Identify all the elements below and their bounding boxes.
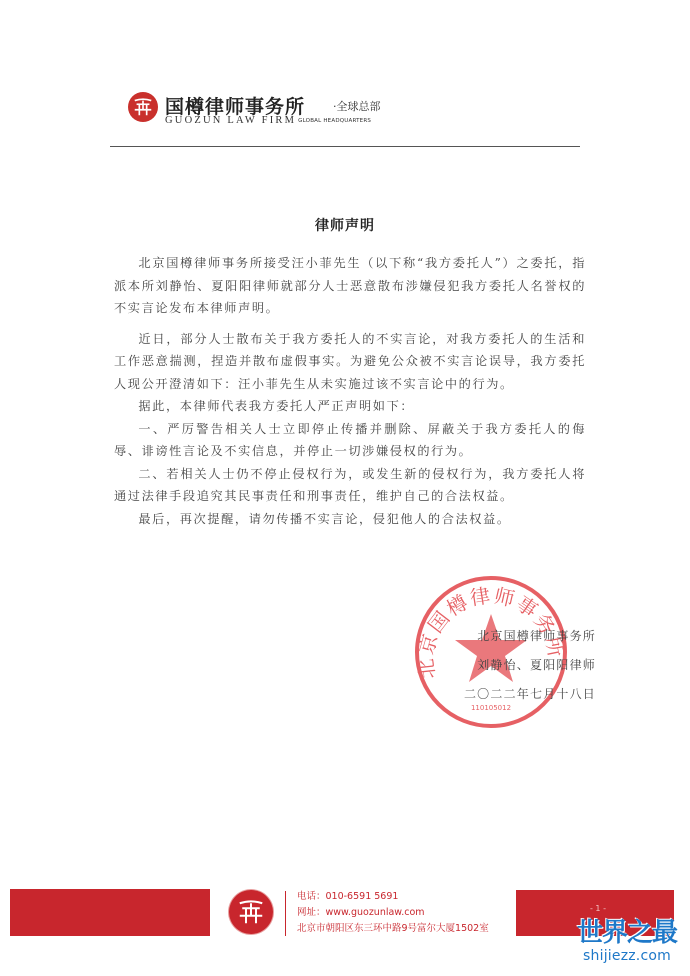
statement-body: 北京国樽律师事务所接受汪小菲先生（以下称“我方委托人”）之委托，指派本所刘静怡、…	[114, 252, 586, 530]
faint-background-text	[215, 592, 415, 614]
header-divider	[110, 146, 580, 147]
page-number: - 1 -	[590, 904, 606, 913]
paragraph-clarification: 近日，部分人士散布关于我方委托人的不实言论，对我方委托人的生活和工作恶意揣测，捏…	[114, 328, 586, 396]
footer-red-bar-left	[10, 889, 210, 936]
footer-website: 网址：www.guozunlaw.com	[297, 905, 489, 921]
footer-phone: 电话：010-6591 5691	[297, 889, 489, 905]
letterhead: 国樽律师事务所 ·全球总部 GUOZUN LAW FIRMGLOBAL HEAD…	[128, 90, 588, 130]
firm-name-en-text: GUOZUN LAW FIRM	[165, 115, 296, 126]
paragraph-intro: 北京国樽律师事务所接受汪小菲先生（以下称“我方委托人”）之委托，指派本所刘静怡、…	[114, 252, 586, 320]
footer-divider	[285, 891, 286, 936]
watermark-text-en: shijiezz.com	[567, 948, 687, 964]
guozun-logo-icon	[128, 92, 158, 122]
document-page: 国樽律师事务所 ·全球总部 GUOZUN LAW FIRMGLOBAL HEAD…	[0, 0, 690, 976]
footer-logo-icon	[229, 890, 273, 934]
paragraph-point-two: 二、若相关人士仍不停止侵权行为，或发生新的侵权行为，我方委托人将通过法律手段追究…	[114, 463, 586, 508]
paragraph-declaration-lead: 据此，本律师代表我方委托人严正声明如下：	[114, 395, 586, 418]
firm-hq-en: GLOBAL HEADQUARTERS	[298, 118, 371, 124]
firm-name-en: GUOZUN LAW FIRMGLOBAL HEADQUARTERS	[165, 115, 371, 126]
signature-date: 二〇二二年七月十八日	[464, 680, 596, 709]
signature-block: 北京国樽律师事务所 刘静怡、夏阳阳律师 二〇二二年七月十八日	[464, 622, 596, 709]
watermark-text-cn: 世界之最	[567, 918, 687, 948]
paragraph-point-one: 一、严厉警告相关人士立即停止传播并删除、屏蔽关于我方委托人的侮辱、诽谤性言论及不…	[114, 418, 586, 463]
document-title: 律师声明	[0, 215, 690, 235]
footer-address: 北京市朝阳区东三环中路9号富尔大厦1502室	[297, 921, 489, 937]
footer-contact: 电话：010-6591 5691 网址：www.guozunlaw.com 北京…	[297, 889, 489, 937]
paragraph-closing: 最后，再次提醒，请勿传播不实言论，侵犯他人的合法权益。	[114, 508, 586, 531]
site-watermark: 世界之最 shijiezz.com	[567, 918, 687, 964]
signature-lawyers: 刘静怡、夏阳阳律师	[464, 651, 596, 680]
firm-hq-cn: ·全球总部	[333, 98, 381, 114]
signature-firm: 北京国樽律师事务所	[464, 622, 596, 651]
